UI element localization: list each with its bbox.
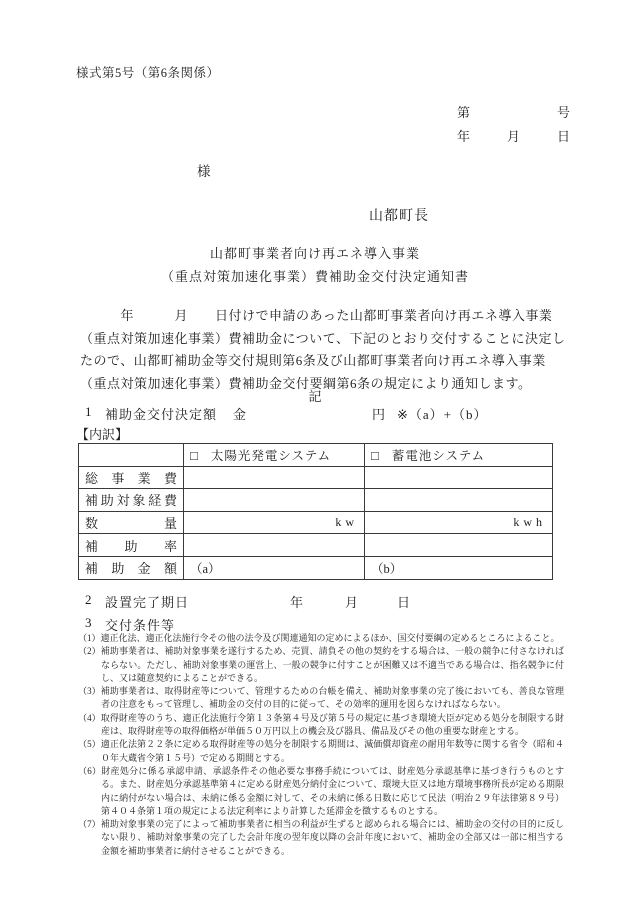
date-day-label: 日 bbox=[557, 126, 570, 145]
doc-number-prefix: 第 bbox=[457, 102, 470, 121]
table-row-eligible-expense: 補助対象経費 bbox=[79, 489, 553, 512]
condition-number: （2） bbox=[78, 646, 101, 656]
body-line: たので、山都町補助金等交付規則第6条及び山都町事業者向け再エネ導入事業 bbox=[80, 350, 560, 373]
table-header-row: □太陽光発電システム □蓄電池システム bbox=[79, 444, 553, 467]
addressee-honorific: 様 bbox=[197, 160, 211, 180]
row-label: 数量 bbox=[79, 511, 184, 534]
date-line: 年 月 日 bbox=[457, 123, 570, 147]
condition-number: （3） bbox=[78, 686, 101, 696]
battery-system-label: 蓄電池システム bbox=[392, 449, 485, 463]
table-row-total-cost: 総事業費 bbox=[79, 466, 553, 489]
condition-item-3: （3）補助事業者は、取得財産等について、管理するための台帳を備え、補助対象事業の… bbox=[78, 685, 564, 712]
condition-text: 財産処分に係る承認申請、承認条件その他必要な事務手続については、財産処分承認基準… bbox=[101, 766, 564, 816]
completion-month-label: 月 bbox=[345, 592, 359, 611]
condition-item-4: （4）取得財産等のうち、適正化法施行令第１３条第４号及び第５号の規定に基づき環境… bbox=[78, 712, 564, 739]
amount-formula-note: ※（a）+（b） bbox=[397, 404, 488, 423]
condition-item-7: （7）補助対象事業の完了によって補助事業者に相当の利益が生ずると認められる場合に… bbox=[78, 818, 564, 858]
quantity-solar-unit-cell: kw bbox=[184, 511, 365, 534]
header-solar-cell: □太陽光発電システム bbox=[184, 444, 365, 467]
condition-text: 補助事業者は、補助対象事業を遂行するため、売買、請負その他の契約をする場合は、一… bbox=[101, 646, 564, 683]
body-paragraph: 年 月 日付けで申請のあった山都町事業者向け再エネ導入事業 （重点対策加速化事業… bbox=[80, 305, 560, 395]
section2-number: 2 bbox=[85, 592, 93, 608]
solar-system-label: 太陽光発電システム bbox=[211, 449, 331, 463]
eligible-expense-solar-cell bbox=[184, 489, 365, 512]
section1-decision-amount: 1 補助金交付決定額 金 円 ※（a）+（b） bbox=[0, 404, 630, 423]
subsidy-amount-battery-cell: （b） bbox=[365, 556, 553, 579]
completion-year-label: 年 bbox=[290, 592, 304, 611]
document-number-block: 第 号 年 月 日 bbox=[457, 99, 570, 147]
section2-label: 設置完了期日 bbox=[105, 592, 189, 611]
condition-item-1: （1）適正化法、適正化法施行令その他の法令及び関連通知の定めによるほか、国交付要… bbox=[78, 632, 564, 645]
completion-day-label: 日 bbox=[397, 592, 411, 611]
subsidy-rate-battery-cell bbox=[365, 534, 553, 557]
table-row-subsidy-amount: 補助金額 （a） （b） bbox=[79, 556, 553, 579]
document-title-line1: 山都町事業者向け再エネ導入事業 bbox=[0, 243, 630, 266]
condition-number: （4） bbox=[78, 713, 101, 723]
row-label: 補助率 bbox=[79, 534, 184, 557]
subsidy-amount-solar-cell: （a） bbox=[184, 556, 365, 579]
conditions-list: （1）適正化法、適正化法施行令その他の法令及び関連通知の定めによるほか、国交付要… bbox=[78, 632, 564, 858]
body-line: 年 月 日付けで申請のあった山都町事業者向け再エネ導入事業 bbox=[80, 305, 560, 328]
section1-number: 1 bbox=[85, 404, 93, 420]
condition-item-2: （2）補助事業者は、補助対象事業を遂行するため、売買、請負その他の契約をする場合… bbox=[78, 645, 564, 685]
row-label: 総事業費 bbox=[79, 466, 184, 489]
body-line: （重点対策加速化事業）費補助金について、下記のとおり交付することに決定し bbox=[80, 328, 560, 351]
condition-number: （5） bbox=[78, 739, 101, 749]
condition-item-6: （6）財産処分に係る承認申請、承認条件その他必要な事務手続については、財産処分承… bbox=[78, 765, 564, 818]
date-year-label: 年 bbox=[457, 126, 470, 145]
breakdown-table: □太陽光発電システム □蓄電池システム 総事業費 補助対象経費 数量 kw kw… bbox=[78, 443, 553, 580]
document-number-line: 第 号 bbox=[457, 99, 570, 123]
condition-text: 補助対象事業の完了によって補助事業者に相当の利益が生ずると認められる場合には、補… bbox=[101, 819, 564, 856]
doc-number-suffix: 号 bbox=[557, 102, 570, 121]
condition-number: （7） bbox=[78, 819, 101, 829]
table-row-quantity: 数量 kw kwh bbox=[79, 511, 553, 534]
condition-item-5: （5）適正化法第２２条に定める取得財産等の処分を制限する期間は、減価償却資産の耐… bbox=[78, 738, 564, 765]
header-battery-cell: □蓄電池システム bbox=[365, 444, 553, 467]
eligible-expense-battery-cell bbox=[365, 489, 553, 512]
checkbox-icon: □ bbox=[371, 448, 379, 464]
condition-number: （6） bbox=[78, 766, 101, 776]
total-cost-solar-cell bbox=[184, 466, 365, 489]
form-number-label: 様式第5号（第6条関係） bbox=[76, 63, 220, 81]
condition-text: 補助事業者は、取得財産等について、管理するための台帳を備え、補助対象事業の完了後… bbox=[101, 686, 564, 709]
date-month-label: 月 bbox=[507, 126, 520, 145]
breakdown-heading: 【内訳】 bbox=[76, 424, 128, 443]
row-label: 補助金額 bbox=[79, 556, 184, 579]
section1-label: 補助金交付決定額 bbox=[105, 404, 217, 423]
header-empty-cell bbox=[79, 444, 184, 467]
amount-kin-label: 金 bbox=[233, 404, 247, 423]
section3-number: 3 bbox=[85, 615, 93, 631]
table-row-subsidy-rate: 補助率 bbox=[79, 534, 553, 557]
document-page: 様式第5号（第6条関係） 第 号 年 月 日 様 山都町長 山都町事業者向け再エ… bbox=[0, 0, 630, 903]
ki-mark: 記 bbox=[0, 386, 630, 405]
issuer-name: 山都町長 bbox=[369, 205, 429, 225]
section2-completion-date: 2 設置完了期日 年 月 日 bbox=[0, 592, 630, 611]
condition-text: 適正化法第２２条に定める取得財産等の処分を制限する期間は、減価償却資産の耐用年数… bbox=[101, 739, 564, 762]
checkbox-icon: □ bbox=[190, 448, 198, 464]
condition-number: （1） bbox=[78, 633, 101, 643]
subsidy-rate-solar-cell bbox=[184, 534, 365, 557]
condition-text: 適正化法、適正化法施行令その他の法令及び関連通知の定めによるほか、国交付要綱の定… bbox=[101, 633, 560, 643]
condition-text: 取得財産等のうち、適正化法施行令第１３条第４号及び第５号の規定に基づき環境大臣が… bbox=[101, 713, 564, 736]
amount-yen-label: 円 bbox=[372, 404, 386, 423]
document-title: 山都町事業者向け再エネ導入事業 （重点対策加速化事業）費補助金交付決定通知書 bbox=[0, 243, 630, 288]
document-title-line2: （重点対策加速化事業）費補助金交付決定通知書 bbox=[0, 266, 630, 289]
quantity-battery-unit-cell: kwh bbox=[365, 511, 553, 534]
row-label: 補助対象経費 bbox=[79, 489, 184, 512]
total-cost-battery-cell bbox=[365, 466, 553, 489]
